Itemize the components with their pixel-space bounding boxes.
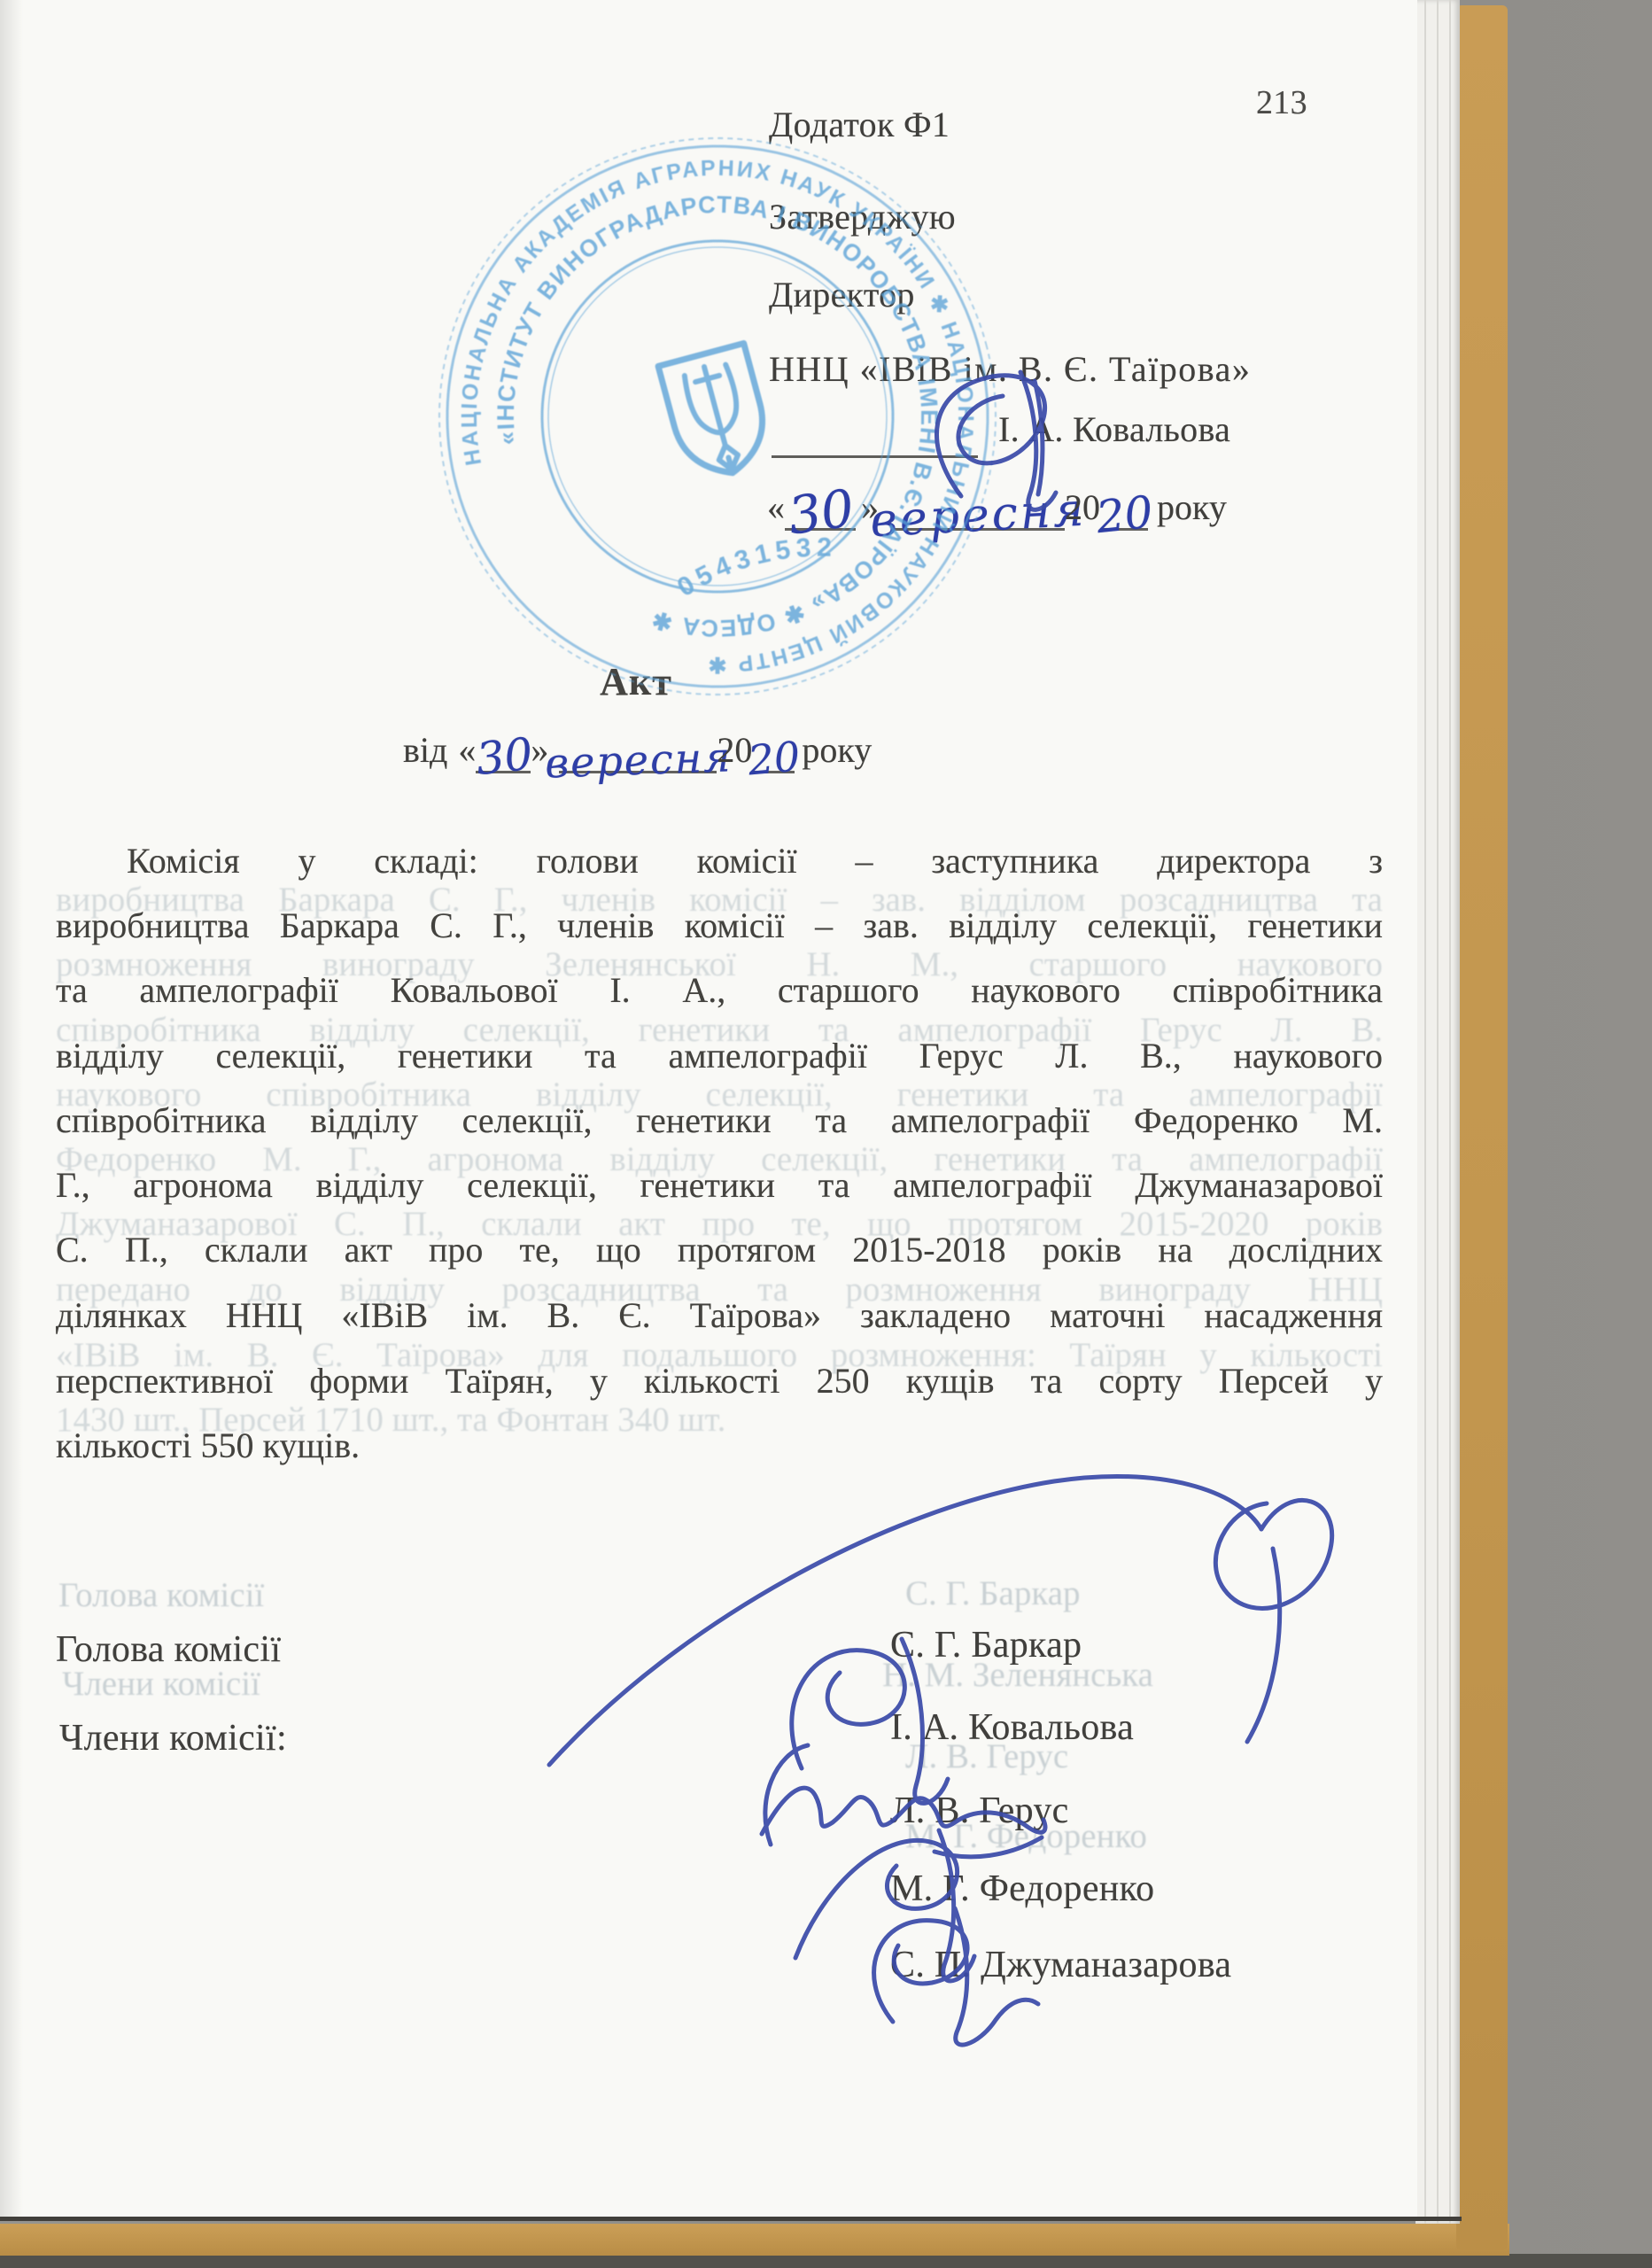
ghost-text: Голова комісії — [58, 1575, 264, 1615]
body-line: виробництва Баркара С. Г., членів комісі… — [56, 905, 1383, 946]
ghost-text: С. Г. Баркар — [905, 1573, 1081, 1613]
body-line: кількості 550 кущів. — [56, 1425, 1383, 1466]
signature-name: Л. В. Герус — [890, 1790, 1069, 1832]
signature-name: М. Г. Федоренко — [890, 1868, 1154, 1910]
body-line: Комісія у складі: голови комісії – засту… — [56, 840, 1383, 882]
year-word: року — [1157, 490, 1227, 531]
body-line: Г., агронома відділу селекції, генетики … — [56, 1164, 1383, 1206]
signature-name: С. П. Джуманазарова — [890, 1944, 1231, 1986]
year-blank: 20 — [752, 728, 795, 773]
chair-label: Голова комісії — [56, 1628, 281, 1671]
scanned-document-photo: 213 Додаток Ф1 Затверджую Директор ННЦ «… — [0, 0, 1652, 2268]
page-number: 213 — [1256, 84, 1307, 123]
body-line: співробітника відділу селекції, генетики… — [56, 1099, 1383, 1141]
book-cover-right-edge — [1456, 5, 1508, 2250]
open-quote: « — [458, 733, 476, 773]
body-line: перспективної форми Таїрян, у кількості … — [56, 1360, 1383, 1402]
act-date-line: від « 30 » вересня 20 20 року — [403, 728, 872, 773]
handwritten-year: 20 — [747, 738, 802, 779]
page-bottom-shadow — [0, 2217, 1462, 2221]
director-name: І. А. Ковальова — [998, 409, 1230, 450]
handwritten-year: 20 — [1095, 493, 1155, 538]
body-line: ділянках ННЦ «ІВіВ ім. В. Є. Таїрова» за… — [56, 1294, 1383, 1336]
body-line: відділу селекції, генетики та ампелограф… — [56, 1035, 1383, 1076]
trident-icon — [658, 344, 775, 485]
members-label: Члени комісії: — [59, 1717, 287, 1759]
date-prefix: від — [403, 733, 447, 773]
year-word: року — [802, 733, 872, 773]
signature-name: І. А. Ковальова — [890, 1706, 1134, 1749]
signature-name: С. Г. Баркар — [890, 1624, 1082, 1666]
book-cover-bottom-edge — [0, 2224, 1509, 2256]
body-line: С. П., склали акт про те, що протягом 20… — [56, 1229, 1383, 1270]
scanner-background — [0, 2254, 1652, 2268]
body-line: та ампелографії Ковальової І. А., старшо… — [56, 969, 1383, 1011]
year-blank: 20 — [1100, 482, 1148, 531]
page-stack-edge — [1415, 0, 1460, 2224]
